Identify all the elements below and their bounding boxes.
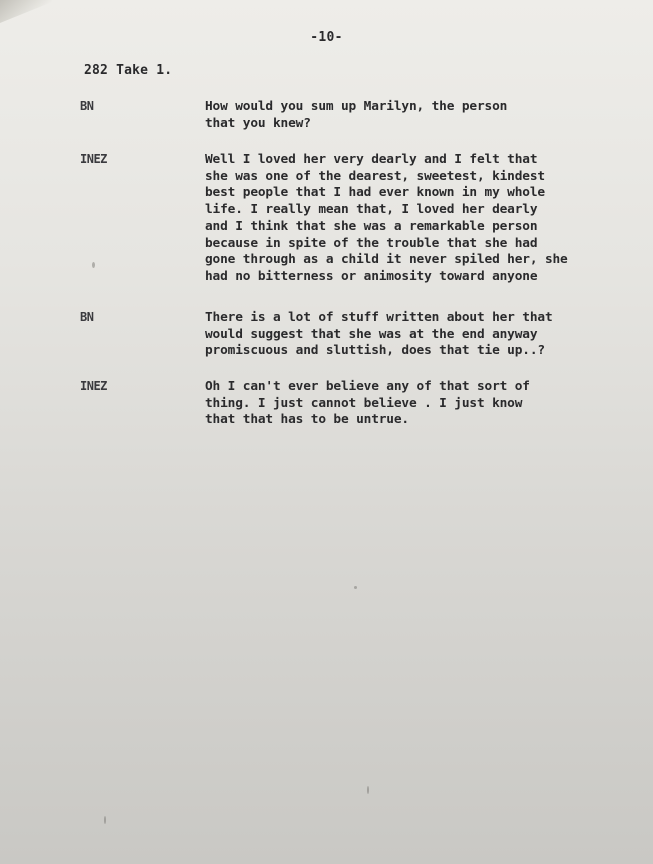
speaker-label: BN — [80, 310, 93, 324]
speech-text: Oh I can't ever believe any of that sort… — [205, 379, 635, 429]
paper-speck — [367, 786, 369, 794]
speaker-label: INEZ — [80, 379, 107, 393]
paper-speck — [92, 262, 95, 268]
paper-speck — [354, 586, 357, 589]
typed-transcript-page: -10- 282 Take 1. BN How would you sum up… — [0, 0, 653, 864]
speech-text: There is a lot of stuff written about he… — [205, 310, 635, 360]
speaker-label: INEZ — [80, 152, 107, 166]
paper-speck — [104, 816, 106, 824]
speaker-label: BN — [80, 99, 93, 113]
speech-text: How would you sum up Marilyn, the person… — [205, 99, 635, 132]
take-label: 282 Take 1. — [84, 63, 172, 78]
speech-text: Well I loved her very dearly and I felt … — [205, 152, 635, 286]
page-number: -10- — [0, 30, 653, 45]
